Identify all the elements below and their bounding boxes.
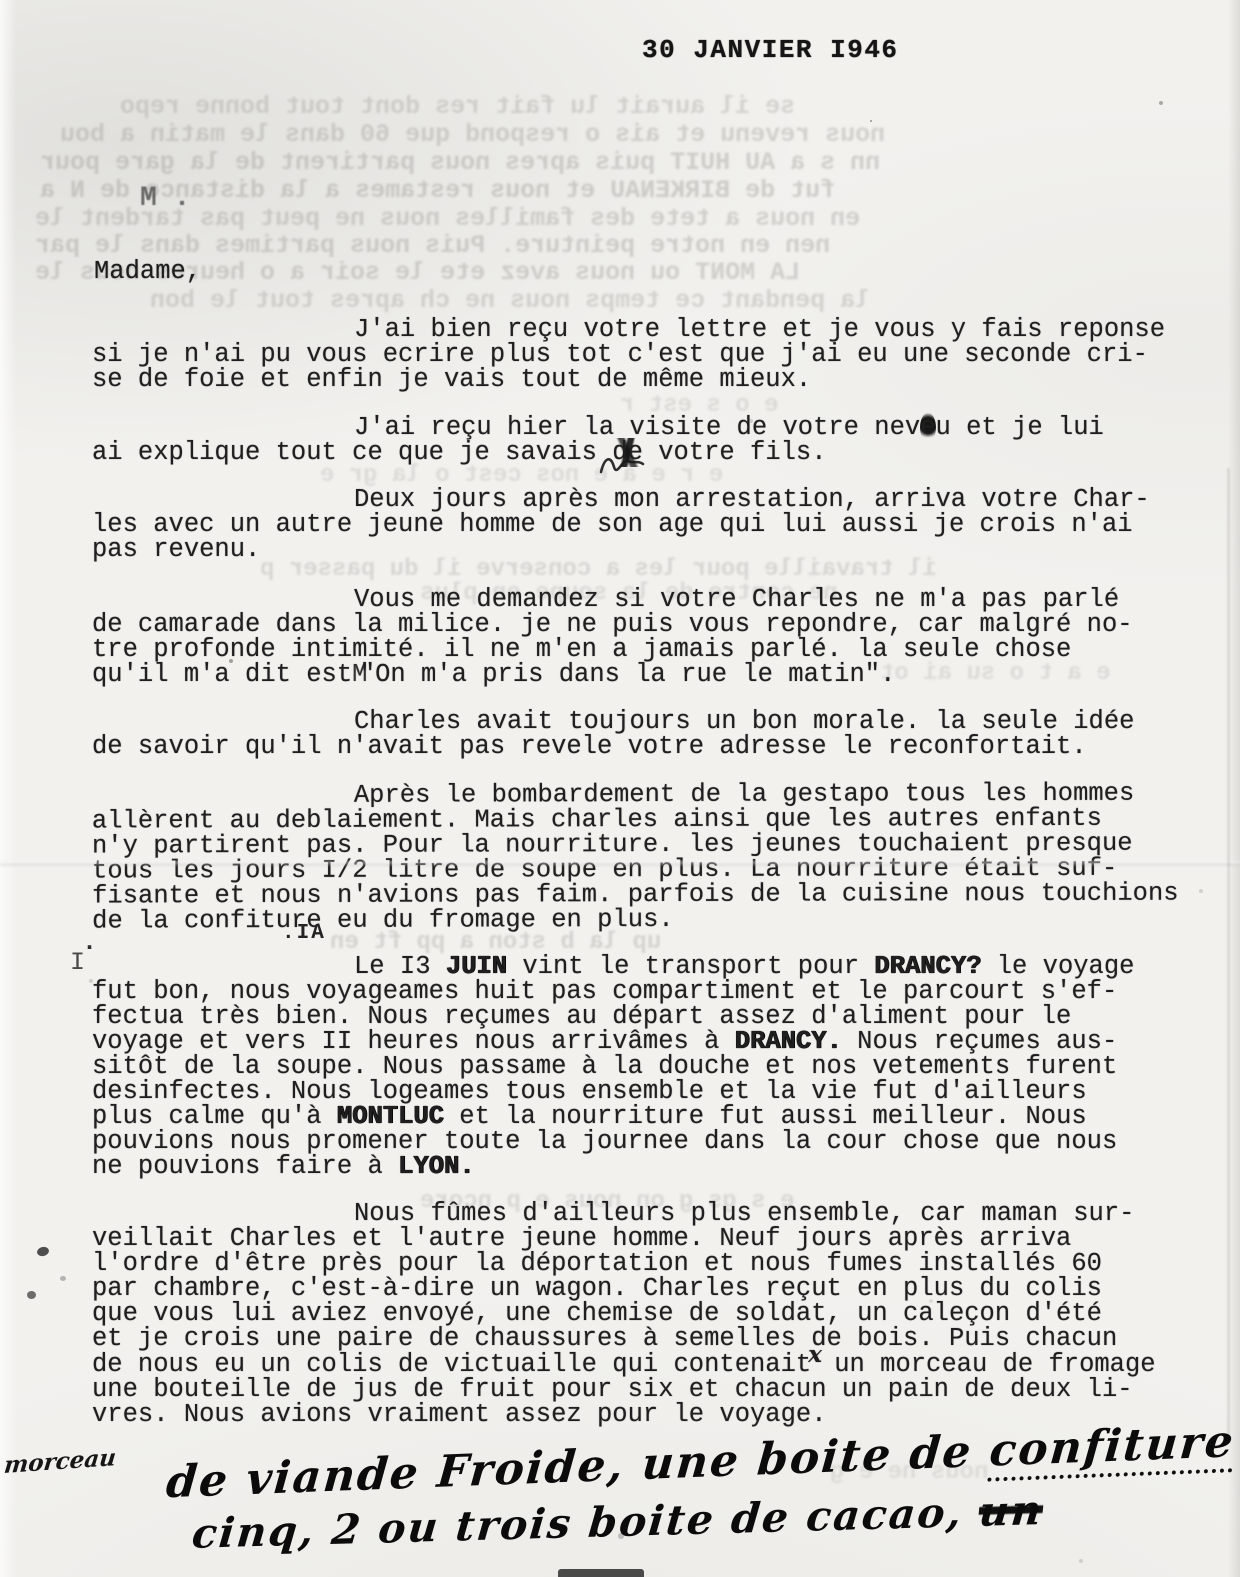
typed-line: qu'il m'a dit estM"On m'a pris dans la r…	[92, 662, 1222, 687]
typed-seg-caret: x	[808, 1341, 822, 1368]
paragraph-2: J'ai reçu hier la visite de votre neveu …	[92, 415, 1222, 465]
typed-line: que vous lui aviez envoyé, une chemise d…	[92, 1301, 1222, 1326]
typed-line: plus calme qu'à MONTLUC et la nourriture…	[92, 1104, 1222, 1129]
paragraph-1: J'ai bien reçu votre lettre et je vous y…	[92, 317, 1222, 392]
typed-line: J'ai bien reçu votre lettre et je vous y…	[92, 317, 1222, 342]
typed-seg: qu'il m'a dit est	[92, 660, 352, 689]
bleedthrough-text: nous revenu et ais o respond que 60 dans…	[60, 120, 885, 149]
typed-line: Vous me demandez si votre Charles ne m'a…	[92, 587, 1222, 612]
typed-line: J'ai reçu hier la visite de votre neveu …	[92, 415, 1222, 440]
typed-line: une bouteille de jus de fruit pour six e…	[92, 1377, 1222, 1402]
ink-blot	[27, 1291, 36, 1299]
typed-line: tre profonde intimité. il ne m'en a jama…	[92, 637, 1222, 662]
typed-seg: pas revenu.	[92, 535, 260, 564]
bleedthrough-text: la pendant ce temps nous ne ch apres tou…	[150, 286, 870, 315]
typed-line: de la confiture eu du fromage en plus.	[92, 906, 1222, 934]
typed-line: Nous fûmes d'ailleurs plus ensemble, car…	[92, 1201, 1222, 1226]
typed-line: les avec un autre jeune homme de son age…	[92, 512, 1222, 537]
vertical-fold-crease	[1227, 468, 1230, 1443]
margin-i-mark: I	[70, 948, 85, 977]
typed-fragment-ia: .IA	[282, 922, 326, 945]
bleedthrough-text: se il aurait lu fait res dont tout bonne…	[120, 92, 795, 121]
ink-blot	[36, 1246, 50, 1258]
handwritten-margin-word: morceau	[3, 1444, 118, 1479]
typed-line: fut bon, nous voyageames huit pas compar…	[92, 979, 1222, 1004]
typed-seg-heavy: LYON.	[398, 1152, 475, 1181]
typed-line: veillait Charles et l'autre jeune homme.…	[92, 1226, 1222, 1251]
paragraph-3: Deux jours après mon arrestation, arriva…	[92, 487, 1222, 562]
letter-page: se il aurait lu fait res dont tout bonne…	[0, 0, 1240, 1577]
typed-line: Le I3 JUIN vint le transport pour DRANCY…	[92, 954, 1222, 979]
handwritten-underlined-word: confiture	[987, 1416, 1237, 1482]
handwritten-struck-word: un	[977, 1486, 1045, 1536]
typed-line: pouvions nous promener toute la journee …	[92, 1129, 1222, 1154]
horizontal-fold-crease	[0, 861, 1240, 866]
typed-line: de nous eu un colis de victuaille qui co…	[92, 1351, 1222, 1377]
typed-seg: ne pouvions faire à	[92, 1152, 398, 1181]
typed-seg-blot: e	[920, 413, 935, 442]
typed-line: sitôt de la soupe. Nous passame à la dou…	[92, 1054, 1222, 1079]
typed-line: de savoir qu'il n'avait pas revele votre…	[92, 734, 1222, 759]
typed-line: Charles avait toujours un bon morale. la…	[92, 709, 1222, 734]
typed-line: de camarade dans la milice. je ne puis v…	[92, 612, 1222, 637]
ink-blot	[60, 1276, 66, 1281]
letter-date: 30 JANVIER I946	[642, 36, 899, 64]
paragraph-5: Charles avait toujours un bon morale. la…	[92, 709, 1222, 759]
paragraph-7: Le I3 JUIN vint le transport pour DRANCY…	[92, 954, 1222, 1179]
typed-seg-overstrike: M	[352, 662, 360, 687]
typed-line: se de foie et enfin je vais tout de même…	[92, 367, 1222, 392]
paragraph-8: Nous fûmes d'ailleurs plus ensemble, car…	[92, 1201, 1222, 1427]
typed-line: fectua très bien. Nous reçumes au départ…	[92, 1004, 1222, 1029]
typed-line: si je n'ai pu vous ecrire plus tot c'est…	[92, 342, 1222, 367]
typed-line: par chambre, c'est-à-dire un wagon. Char…	[92, 1276, 1222, 1301]
paragraph-4: Vous me demandez si votre Charles ne m'a…	[92, 587, 1222, 687]
typed-line: desinfectes. Nous logeames tous ensemble…	[92, 1079, 1222, 1104]
typed-line: l'ordre d'être près pour la déportation …	[92, 1251, 1222, 1276]
typed-line: ai explique tout ce que je savais de vot…	[92, 440, 1222, 465]
scan-edge-mark	[558, 1569, 644, 1577]
typed-seg: "On m'a pris dans la rue le matin".	[360, 660, 896, 689]
typed-seg: u et je lui	[936, 413, 1104, 442]
paragraph-6: Après le bombardement de la gestapo tous…	[92, 781, 1222, 934]
typed-line: ne pouvions faire à LYON.	[92, 1154, 1222, 1179]
typed-seg: votre fils.	[643, 438, 827, 467]
typed-line: voyage et vers II heures nous arrivâmes …	[92, 1029, 1222, 1054]
typed-seg: se de foie et enfin je vais tout de même…	[92, 365, 811, 394]
typed-seg: vres. Nous avions vraiment assez pour le…	[92, 1400, 827, 1429]
typed-line: pas revenu.	[92, 537, 1222, 562]
paper-speckles	[870, 120, 872, 122]
bleedthrough-fragment-m: M .	[140, 183, 190, 214]
typed-seg: de la confiture eu du fromage en plus.	[92, 905, 674, 936]
typed-line: Deux jours après mon arrestation, arriva…	[92, 487, 1222, 512]
typed-seg: et je crois une paire de chaussures à se…	[92, 1324, 1117, 1353]
correction-squiggle	[598, 452, 646, 480]
salutation: Madame,	[94, 259, 201, 284]
bleedthrough-text: nn s a AU HUIT puis apres nous partirent…	[40, 148, 880, 177]
typed-line: et je crois une paire de chaussures à se…	[92, 1326, 1222, 1351]
bleedthrough-text: nen en notre peinture. Puis nous partime…	[35, 231, 830, 260]
typed-seg: de savoir qu'il n'avait pas revele votre…	[92, 732, 1087, 761]
typed-seg: ai explique tout ce que je savais	[92, 438, 612, 467]
